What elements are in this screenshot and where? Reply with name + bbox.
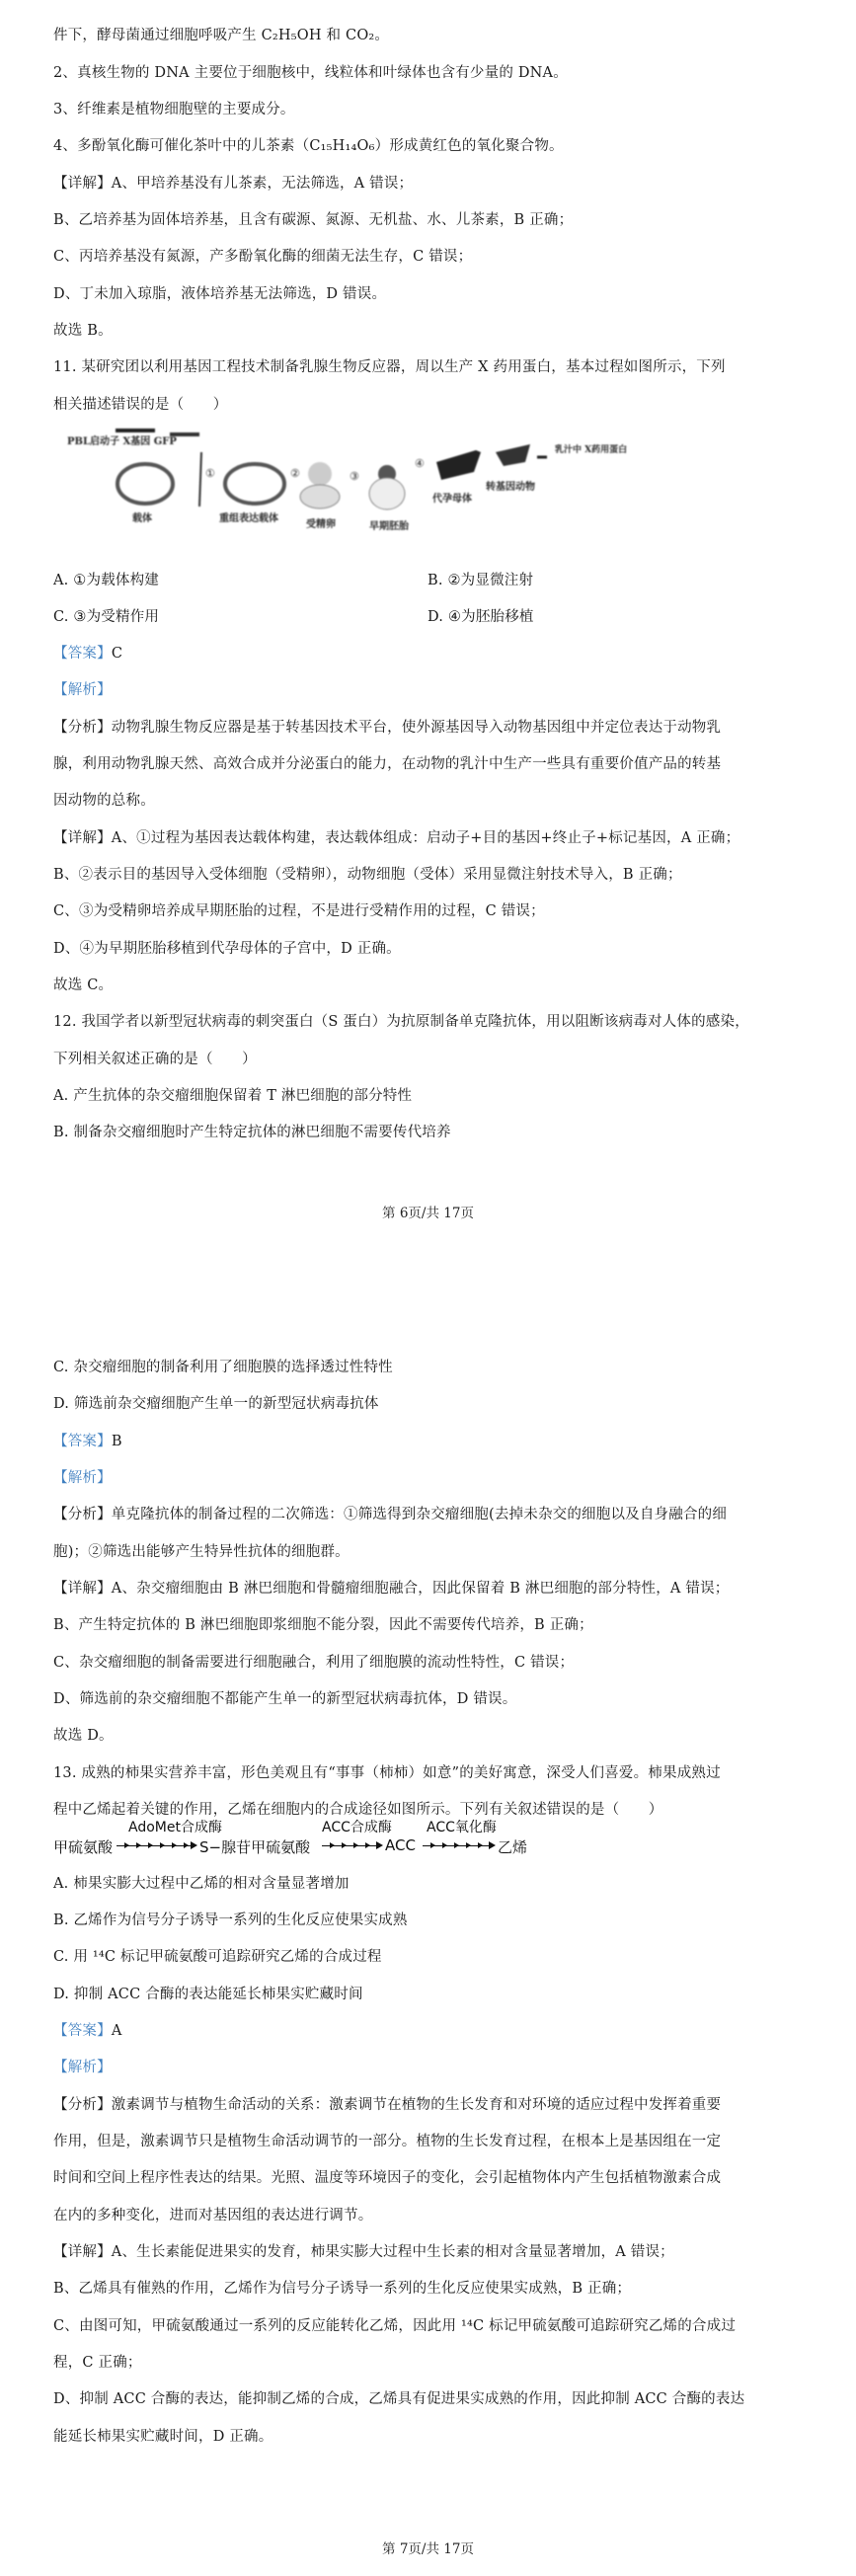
page-footer: 第 7页/共 17页 bbox=[0, 2537, 856, 2557]
answer-label: 【答案】 bbox=[53, 1434, 112, 1449]
detail-line: B、乙培养基为固体培养基，且含有碳源、氮源、无机盐、水、儿茶素，B 正确； bbox=[53, 210, 803, 230]
text-line: 4、多酚氧化酶可催化茶叶中的儿茶素（C₁₅H₁₄O₆）形成黄红色的氧化聚合物。 bbox=[53, 136, 803, 156]
q11-detail: B、②表示目的基因导入受体细胞（受精卵），动物细胞（受体）采用显微注射技术导入，… bbox=[53, 865, 803, 885]
ethylene-pathway-diagram: 甲硫氨酸 AdoMet合成酶 S−腺苷甲硫氨酸 ACC合成酶 ACC ACC氧化… bbox=[53, 1815, 646, 1862]
q12-stem: 下列相关叙述正确的是（ ） bbox=[53, 1050, 803, 1069]
svg-text:②: ② bbox=[290, 467, 300, 480]
q13-analysis: 【分析】激素调节与植物生命活动的关系：激素调节在植物的生长发育和对环境的适应过程… bbox=[53, 2095, 803, 2115]
svg-text:早期胚胎: 早期胚胎 bbox=[369, 519, 410, 532]
q12-detail: C、杂交瘤细胞的制备需要进行细胞融合，利用了细胞膜的流动性特性，C 错误； bbox=[53, 1653, 803, 1673]
answer-value: A bbox=[112, 2023, 122, 2039]
svg-text:转基因动物: 转基因动物 bbox=[486, 480, 535, 493]
answer-label: 【答案】 bbox=[53, 2023, 112, 2039]
q13-analysis: 作用，但是，激素调节只是植物生命活动调节的一部分。植物的生长发育过程，在根本上是… bbox=[53, 2132, 803, 2151]
answer-label: 【答案】 bbox=[53, 646, 112, 662]
q11-analysis: 因动物的总称。 bbox=[53, 791, 803, 811]
pathway-node-sam: S−腺苷甲硫氨酸 bbox=[199, 1836, 310, 1857]
conclusion: 故选 B。 bbox=[53, 321, 803, 341]
q12-option-c: C. 杂交瘤细胞的制备利用了细胞膜的选择透过性特性 bbox=[53, 1358, 803, 1377]
q12-detail: D、筛选前的杂交瘤细胞不都能产生单一的新型冠状病毒抗体，D 错误。 bbox=[53, 1689, 803, 1709]
detail-line: C、丙培养基没有氮源，产多酚氧化酶的细菌无法生存，C 错误； bbox=[53, 247, 803, 267]
q11-detail: D、④为早期胚胎移植到代孕母体的子宫中，D 正确。 bbox=[53, 939, 803, 959]
q12-option-d: D. 筛选前杂交瘤细胞产生单一的新型冠状病毒抗体 bbox=[53, 1394, 803, 1414]
q12-option-b: B. 制备杂交瘤细胞时产生特定抗体的淋巴细胞不需要传代培养 bbox=[53, 1123, 803, 1142]
svg-text:①: ① bbox=[205, 467, 215, 480]
svg-text:④: ④ bbox=[415, 457, 425, 470]
pathway-arrow bbox=[117, 1845, 195, 1846]
page-footer: 第 6页/共 17页 bbox=[0, 1202, 856, 1221]
svg-text:③: ③ bbox=[350, 470, 359, 483]
q12-detail: 【详解】A、杂交瘤细胞由 B 淋巴细胞和骨髓瘤细胞融合，因此保留着 B 淋巴细胞… bbox=[53, 1579, 803, 1599]
pathway-enzyme-acc-oxidase: ACC氧化酶 bbox=[427, 1817, 497, 1836]
q12-stem: 12. 我国学者以新型冠状病毒的刺突蛋白（S 蛋白）为抗原制备单克隆抗体，用以阻… bbox=[53, 1012, 803, 1032]
q12-detail: B、产生特定抗体的 B 淋巴细胞即浆细胞不能分裂，因此不需要传代培养，B 正确； bbox=[53, 1615, 803, 1635]
answer-value: C bbox=[112, 646, 122, 662]
q13-option-a: A. 柿果实膨大过程中乙烯的相对含量显著增加 bbox=[53, 1874, 803, 1894]
q12-conclusion: 故选 D。 bbox=[53, 1726, 803, 1746]
q11-detail: C、③为受精卵培养成早期胚胎的过程，不是进行受精作用的过程，C 错误； bbox=[53, 901, 803, 921]
q11-detail: 【详解】A、①过程为基因表达载体构建，表达载体组成：启动子+目的基因+终止子+标… bbox=[53, 828, 803, 848]
detail-line: D、丁未加入琼脂，液体培养基无法筛选，D 错误。 bbox=[53, 284, 803, 304]
q13-detail: 程，C 正确； bbox=[53, 2353, 803, 2373]
text-line: 件下，酵母菌通过细胞呼吸产生 C₂H₅OH 和 CO₂。 bbox=[53, 26, 803, 45]
q13-detail: 【详解】A、生长素能促进果实的发育，柿果实膨大过程中生长素的相对含量显著增加，A… bbox=[53, 2242, 803, 2262]
q12-option-a: A. 产生抗体的杂交瘤细胞保留着 T 淋巴细胞的部分特性 bbox=[53, 1086, 803, 1106]
svg-text:受精卵: 受精卵 bbox=[306, 517, 336, 530]
q13-detail: 能延长柿果实贮藏时间，D 正确。 bbox=[53, 2427, 803, 2447]
gene-engineering-diagram: PBL启动子 X基因 GFP 载体 ① 重组表达载体 ② 受精卵 ③ 早期胚胎 … bbox=[61, 423, 654, 541]
answer-value: B bbox=[112, 1434, 122, 1449]
pathway-enzyme-acc-synthase: ACC合成酶 bbox=[322, 1817, 392, 1836]
q13-analysis: 时间和空间上程序性表达的结果。光照、温度等环境因子的变化，会引起植物体内产生包括… bbox=[53, 2168, 803, 2188]
analysis-label: 【解析】 bbox=[53, 2058, 803, 2077]
pathway-enzyme-adomet: AdoMet合成酶 bbox=[128, 1817, 222, 1836]
q11-answer: 【答案】C bbox=[53, 644, 803, 664]
q13-option-c: C. 用 ¹⁴C 标记甲硫氨酸可追踪研究乙烯的合成过程 bbox=[53, 1947, 803, 1967]
svg-text:载体: 载体 bbox=[132, 511, 152, 524]
q13-detail: D、抑制 ACC 合酶的表达，能抑制乙烯的合成，乙烯具有促进果实成熟的作用，因此… bbox=[53, 2389, 803, 2409]
q13-stem: 13. 成熟的柿果实营养丰富，形色美观且有“事事（柿柿）如意”的美好寓意，深受人… bbox=[53, 1763, 803, 1783]
svg-text:乳汁中 X药用蛋白: 乳汁中 X药用蛋白 bbox=[555, 443, 627, 455]
q12-analysis: 【分析】单克隆抗体的制备过程的二次筛选：①筛选得到杂交瘤细胞(去掉未杂交的细胞以… bbox=[53, 1505, 803, 1524]
pathway-node-ethylene: 乙烯 bbox=[498, 1836, 527, 1857]
pathway-arrow bbox=[322, 1845, 381, 1846]
svg-text:代孕母体: 代孕母体 bbox=[432, 492, 472, 505]
q13-detail: C、由图可知，甲硫氨酸通过一系列的反应能转化乙烯，因此用 ¹⁴C 标记甲硫氨酸可… bbox=[53, 2316, 803, 2336]
q13-option-b: B. 乙烯作为信号分子诱导一系列的生化反应使果实成熟 bbox=[53, 1911, 803, 1930]
text-line: 3、纤维素是植物细胞壁的主要成分。 bbox=[53, 100, 803, 119]
diagram-label-vector-parts: PBL启动子 X基因 GFP bbox=[67, 434, 177, 447]
analysis-label: 【解析】 bbox=[53, 1468, 803, 1488]
q12-answer: 【答案】B bbox=[53, 1432, 803, 1451]
q13-detail: B、乙烯具有催熟的作用，乙烯作为信号分子诱导一系列的生化反应使果实成熟，B 正确… bbox=[53, 2279, 803, 2299]
q11-analysis: 【分析】动物乳腺生物反应器是基于转基因技术平台，使外源基因导入动物基因组中并定位… bbox=[53, 718, 803, 738]
svg-text:重组表达载体: 重组表达载体 bbox=[219, 511, 278, 524]
detail-line: 【详解】A、甲培养基没有儿茶素，无法筛选，A 错误； bbox=[53, 174, 803, 194]
analysis-label: 【解析】 bbox=[53, 680, 803, 700]
pathway-node-acc: ACC bbox=[385, 1836, 416, 1854]
text-line: 2、真核生物的 DNA 主要位于细胞核中，线粒体和叶绿体也含有少量的 DNA。 bbox=[53, 63, 803, 83]
q12-analysis: 胞)；②筛选出能够产生特异性抗体的细胞群。 bbox=[53, 1542, 803, 1562]
q11-stem: 相关描述错误的是（ ） bbox=[53, 395, 803, 415]
q11-option-b: B. ②为显微注射 bbox=[428, 571, 803, 590]
q11-conclusion: 故选 C。 bbox=[53, 976, 803, 995]
q13-answer: 【答案】A bbox=[53, 2021, 803, 2041]
q13-analysis: 在内的多种变化，进而对基因组的表达进行调节。 bbox=[53, 2206, 803, 2225]
q11-stem: 11. 某研究团以利用基因工程技术制备乳腺生物反应器，周以生产 X 药用蛋白，基… bbox=[53, 357, 803, 377]
q11-analysis: 腺，利用动物乳腺天然、高效合成并分泌蛋白的能力，在动物的乳汁中生产一些具有重要价… bbox=[53, 754, 803, 774]
q13-option-d: D. 抑制 ACC 合酶的表达能延长柿果实贮藏时间 bbox=[53, 1985, 803, 2004]
pathway-arrow bbox=[423, 1845, 494, 1846]
pathway-node-methionine: 甲硫氨酸 bbox=[53, 1836, 113, 1857]
q11-option-d: D. ④为胚胎移植 bbox=[428, 607, 803, 627]
